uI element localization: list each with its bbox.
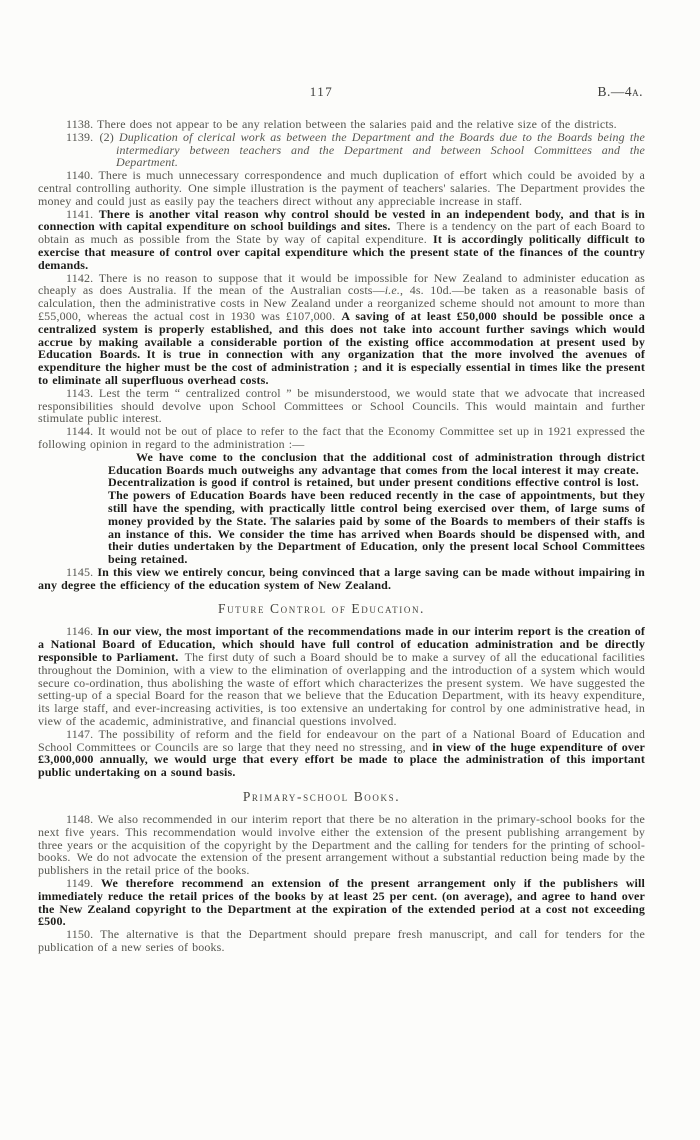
text-run-bold: We have come to the conclusion that the …: [108, 450, 645, 566]
paragraph-1142: 1142. There is no reason to suppose that…: [38, 272, 645, 387]
paragraph-1139: 1139. (2) Duplication of clerical work a…: [116, 131, 645, 169]
document-page: 117 B.—4a. 1138. There does not appear t…: [0, 0, 700, 1140]
text-run: 1143. Lest the term “ centralized contro…: [38, 386, 645, 426]
text-run-bold: We therefore recommend an extension of t…: [38, 876, 645, 928]
page-number: 117: [38, 84, 605, 100]
section-heading-primary-school-books: Primary-school Books.: [38, 790, 605, 804]
paragraph-1146: 1146. In our view, the most important of…: [38, 625, 645, 727]
text-run-italic: Duplication of clerical work as between …: [116, 130, 645, 170]
text-run: 1139. (2): [66, 130, 119, 144]
paragraph-1148: 1148. We also recommended in our interim…: [38, 813, 645, 877]
paragraph-1144-intro: 1144. It would not be out of place to re…: [38, 425, 645, 451]
page-header: 117 B.—4a.: [38, 84, 645, 101]
paragraph-1140: 1140. There is much unnecessary correspo…: [38, 169, 645, 207]
paragraph-1143: 1143. Lest the term “ centralized contro…: [38, 387, 645, 425]
section-heading-future-control-of-education: Future Control of Education.: [38, 602, 605, 616]
paragraph-1150: 1150. The alternative is that the Depart…: [38, 928, 645, 954]
text-run: 1150. The alternative is that the Depart…: [38, 927, 645, 954]
paper-reference: B.—4a.: [597, 84, 643, 100]
paragraph-1147: 1147. The possibility of reform and the …: [38, 728, 645, 779]
text-run: 1144. It would not be out of place to re…: [38, 424, 645, 451]
text-run: 1148. We also recommended in our interim…: [38, 812, 645, 877]
paragraph-1145: 1145. In this view we entirely concur, b…: [38, 566, 645, 592]
paragraph-1149: 1149. We therefore recommend an extensio…: [38, 877, 645, 928]
paragraph-1144-quotation: We have come to the conclusion that the …: [108, 451, 645, 566]
text-run: 1140. There is much unnecessary correspo…: [38, 168, 645, 208]
paragraph-1141: 1141. There is another vital reason why …: [38, 208, 645, 272]
text-run-bold: In this view we entirely concur, being c…: [38, 565, 645, 592]
